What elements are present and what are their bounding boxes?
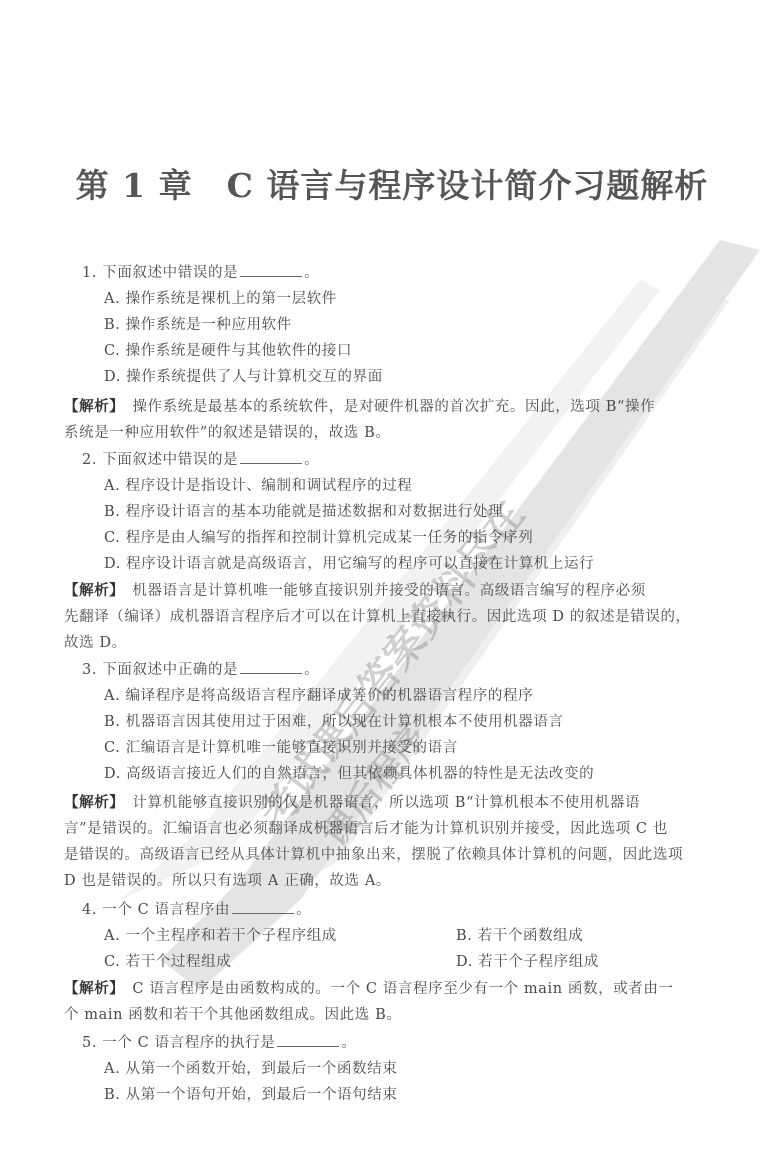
question-2-analysis-line-2: 先翻译（编译）成机器语言程序后才可以在计算机上直接执行。因此选项 D 的叙述是错…	[64, 604, 724, 630]
question-4-analysis-line-1: 【解析】C 语言程序是由函数构成的。一个 C 语言程序至少有一个 main 函数…	[64, 976, 724, 1002]
question-3-option-b: B. 机器语言因其使用过于困难，所以现在计算机根本不使用机器语言	[104, 709, 564, 735]
question-2-analysis-line-1: 【解析】机器语言是计算机唯一能够直接识别并接受的语言。高级语言编写的程序必须	[64, 578, 724, 604]
question-3-stem: 3. 下面叙述中正确的是。	[82, 657, 319, 683]
chapter-title: 第 1 章 C 语言与程序设计简介习题解析	[0, 160, 784, 207]
question-2-option-a: A. 程序设计是指设计、编制和调试程序的过程	[104, 473, 412, 499]
question-1-analysis-line-2: 系统是一种应用软件”的叙述是错误的，故选 B。	[64, 420, 724, 446]
question-3-option-a: A. 编译程序是将高级语言程序翻译成等价的机器语言程序的程序	[104, 683, 533, 709]
question-3-option-c: C. 汇编语言是计算机唯一能够直接识别并接受的语言	[104, 735, 458, 761]
question-2-option-d: D. 程序设计语言就是高级语言，用它编写的程序可以直接在计算机上运行	[104, 551, 594, 577]
question-3-analysis-line-1: 【解析】计算机能够直接识别的仅是机器语言，所以选项 B“计算机根本不使用机器语	[64, 790, 724, 816]
question-3-analysis-line-4: D 也是错误的。所以只有选项 A 正确，故选 A。	[64, 868, 724, 894]
question-4-analysis-line-2: 个 main 函数和若干个其他函数组成。因此选 B。	[64, 1002, 724, 1028]
answer-blank	[240, 659, 302, 674]
question-1-option-b: B. 操作系统是一种应用软件	[104, 312, 292, 338]
question-3-analysis-line-2: 言”是错误的。汇编语言也必须翻译成机器语言后才能为计算机识别并接受，因此选项 C…	[64, 816, 724, 842]
question-2-option-c: C. 程序是由人编写的指挥和控制计算机完成某一任务的指令序列	[104, 525, 533, 551]
question-1-stem: 1. 下面叙述中错误的是。	[82, 260, 319, 286]
question-2-analysis-line-3: 故选 D。	[64, 630, 724, 656]
question-5-option-a: A. 从第一个函数开始，到最后一个函数结束	[104, 1056, 397, 1082]
answer-blank	[240, 262, 302, 277]
question-3-option-d: D. 高级语言接近人们的自然语言，但其依赖具体机器的特性是无法改变的	[104, 761, 594, 787]
analysis-tag: 【解析】	[64, 582, 124, 599]
question-2-stem: 2. 下面叙述中错误的是。	[82, 447, 319, 473]
analysis-tag: 【解析】	[64, 980, 124, 997]
question-4-option-b: B. 若干个函数组成	[456, 923, 583, 949]
question-2-option-b: B. 程序设计语言的基本功能就是描述数据和对数据进行处理	[104, 499, 503, 525]
question-3-analysis-line-3: 是错误的。高级语言已经从具体计算机中抽象出来，摆脱了依赖具体计算机的问题，因此选…	[64, 842, 724, 868]
question-1-option-c: C. 操作系统是硬件与其他软件的接口	[104, 338, 352, 364]
analysis-tag: 【解析】	[64, 398, 124, 415]
question-4-option-d: D. 若干个子程序组成	[456, 949, 599, 975]
question-1-option-d: D. 操作系统提供了人与计算机交互的界面	[104, 364, 383, 390]
question-4-option-c: C. 若干个过程组成	[104, 949, 231, 975]
answer-blank	[232, 899, 294, 914]
question-5-stem: 5. 一个 C 语言程序的执行是。	[82, 1030, 356, 1056]
question-4-stem: 4. 一个 C 语言程序由。	[82, 897, 311, 923]
analysis-tag: 【解析】	[64, 794, 124, 811]
question-5-option-b: B. 从第一个语句开始，到最后一个语句结束	[104, 1082, 397, 1108]
document-page: 第 1 章 C 语言与程序设计简介习题解析 1. 下面叙述中错误的是。 A. 操…	[0, 0, 784, 1166]
question-1-analysis-line-1: 【解析】操作系统是最基本的系统软件，是对硬件机器的首次扩充。因此，选项 B“操作	[64, 394, 724, 420]
answer-blank	[277, 1032, 339, 1047]
question-4-option-a: A. 一个主程序和若干个子程序组成	[104, 923, 337, 949]
question-1-option-a: A. 操作系统是裸机上的第一层软件	[104, 286, 337, 312]
answer-blank	[240, 449, 302, 464]
